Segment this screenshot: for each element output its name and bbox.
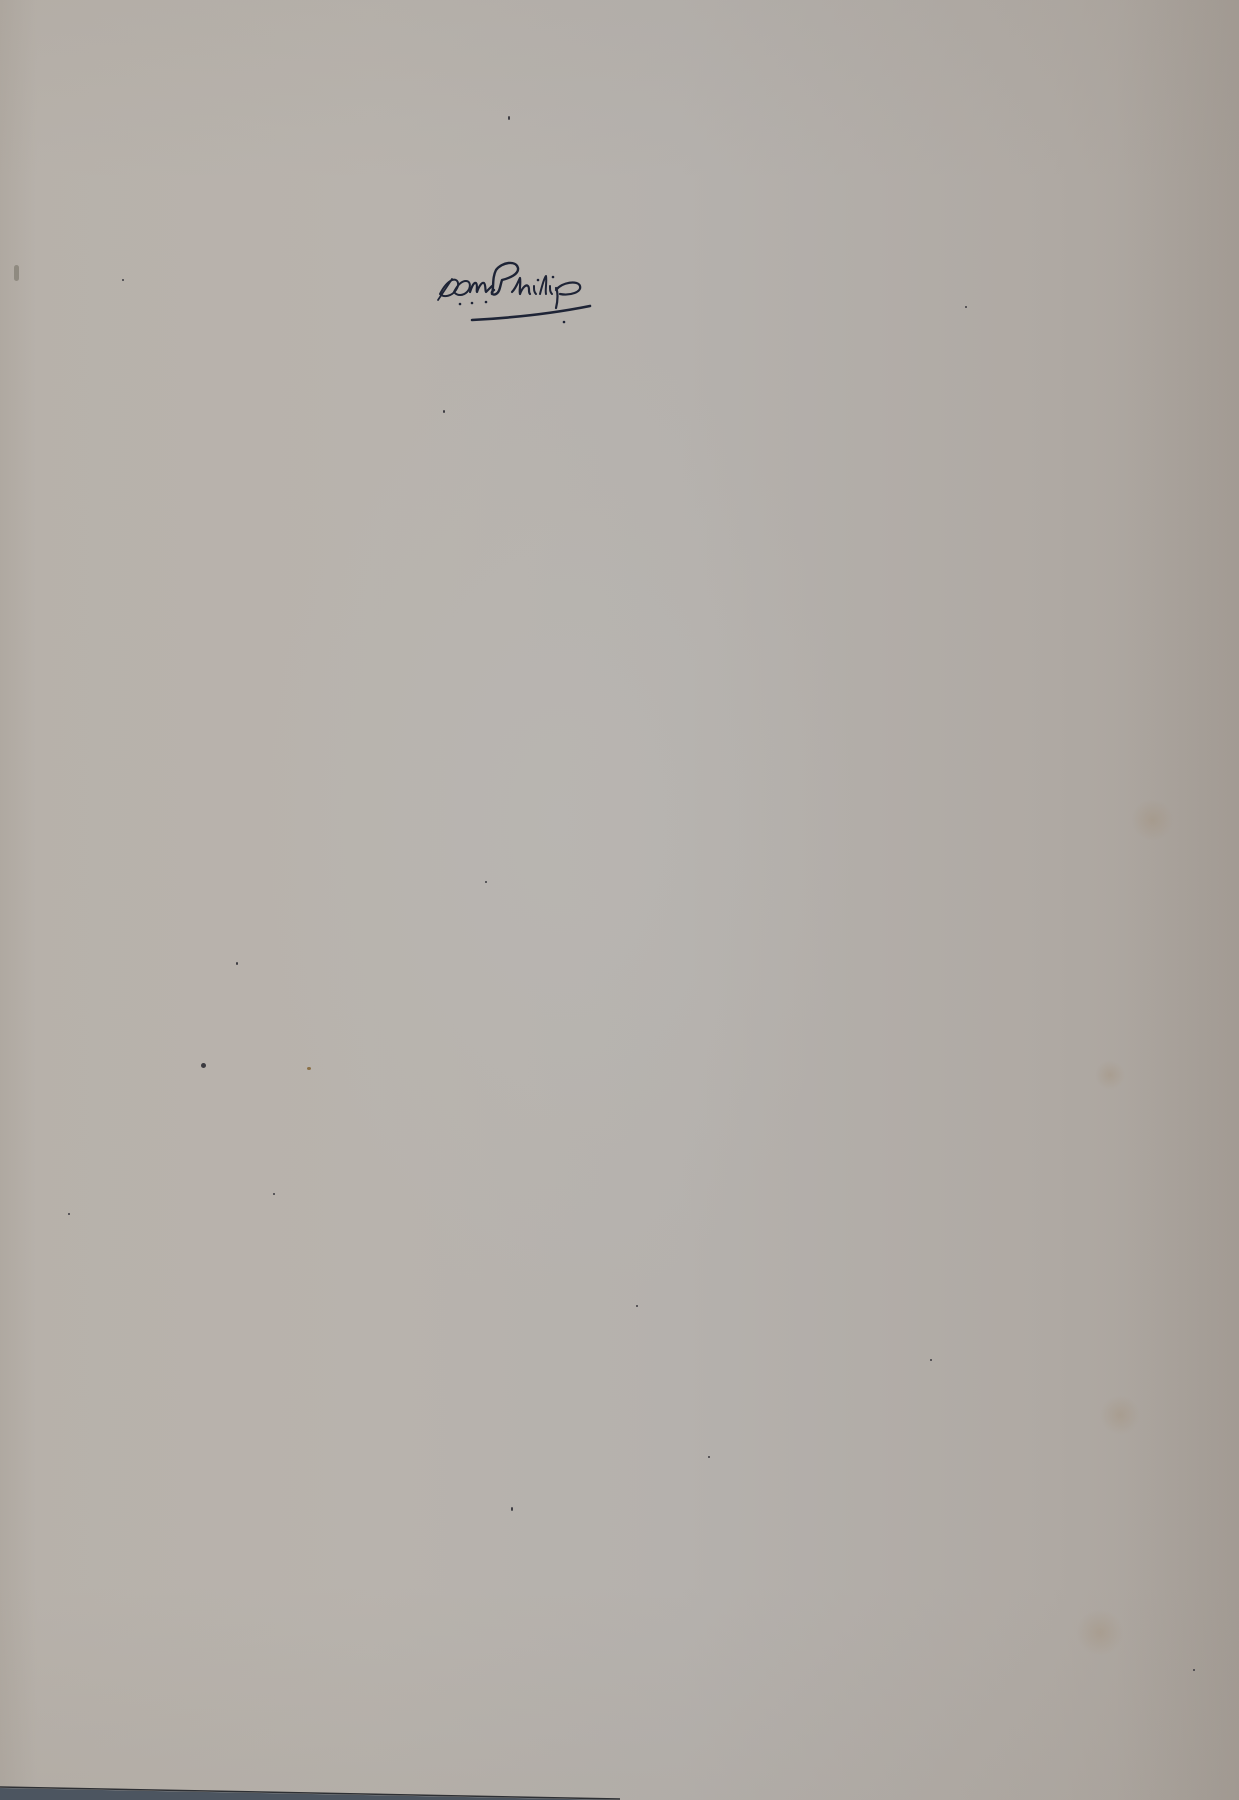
paper-speck	[122, 279, 124, 281]
signature-ink	[430, 250, 630, 330]
paper-speck	[965, 306, 967, 308]
paper-speck	[273, 1193, 275, 1195]
paper-speck	[68, 1213, 70, 1215]
paper-speck	[511, 1507, 513, 1511]
foxing-stain	[1095, 1060, 1125, 1090]
paper-speck	[508, 116, 510, 120]
paper-speck	[636, 1305, 638, 1307]
paper-speck	[307, 1067, 311, 1070]
paper-speck	[930, 1359, 932, 1361]
paper-page: D.D.M. Philip	[0, 0, 1239, 1800]
paper-speck	[1193, 1669, 1195, 1671]
paper-speck	[708, 1456, 710, 1458]
paper-speck	[236, 962, 238, 965]
handwritten-signature: D.D.M. Philip	[430, 250, 630, 330]
paper-speck	[485, 881, 487, 883]
paper-speck	[201, 1063, 206, 1068]
foxing-stain	[1075, 1610, 1125, 1655]
foxing-stain	[1100, 1395, 1140, 1435]
paper-speck	[14, 265, 19, 281]
book-board-edge	[0, 1784, 620, 1800]
paper-speck	[443, 410, 445, 413]
foxing-stain	[1130, 800, 1175, 840]
